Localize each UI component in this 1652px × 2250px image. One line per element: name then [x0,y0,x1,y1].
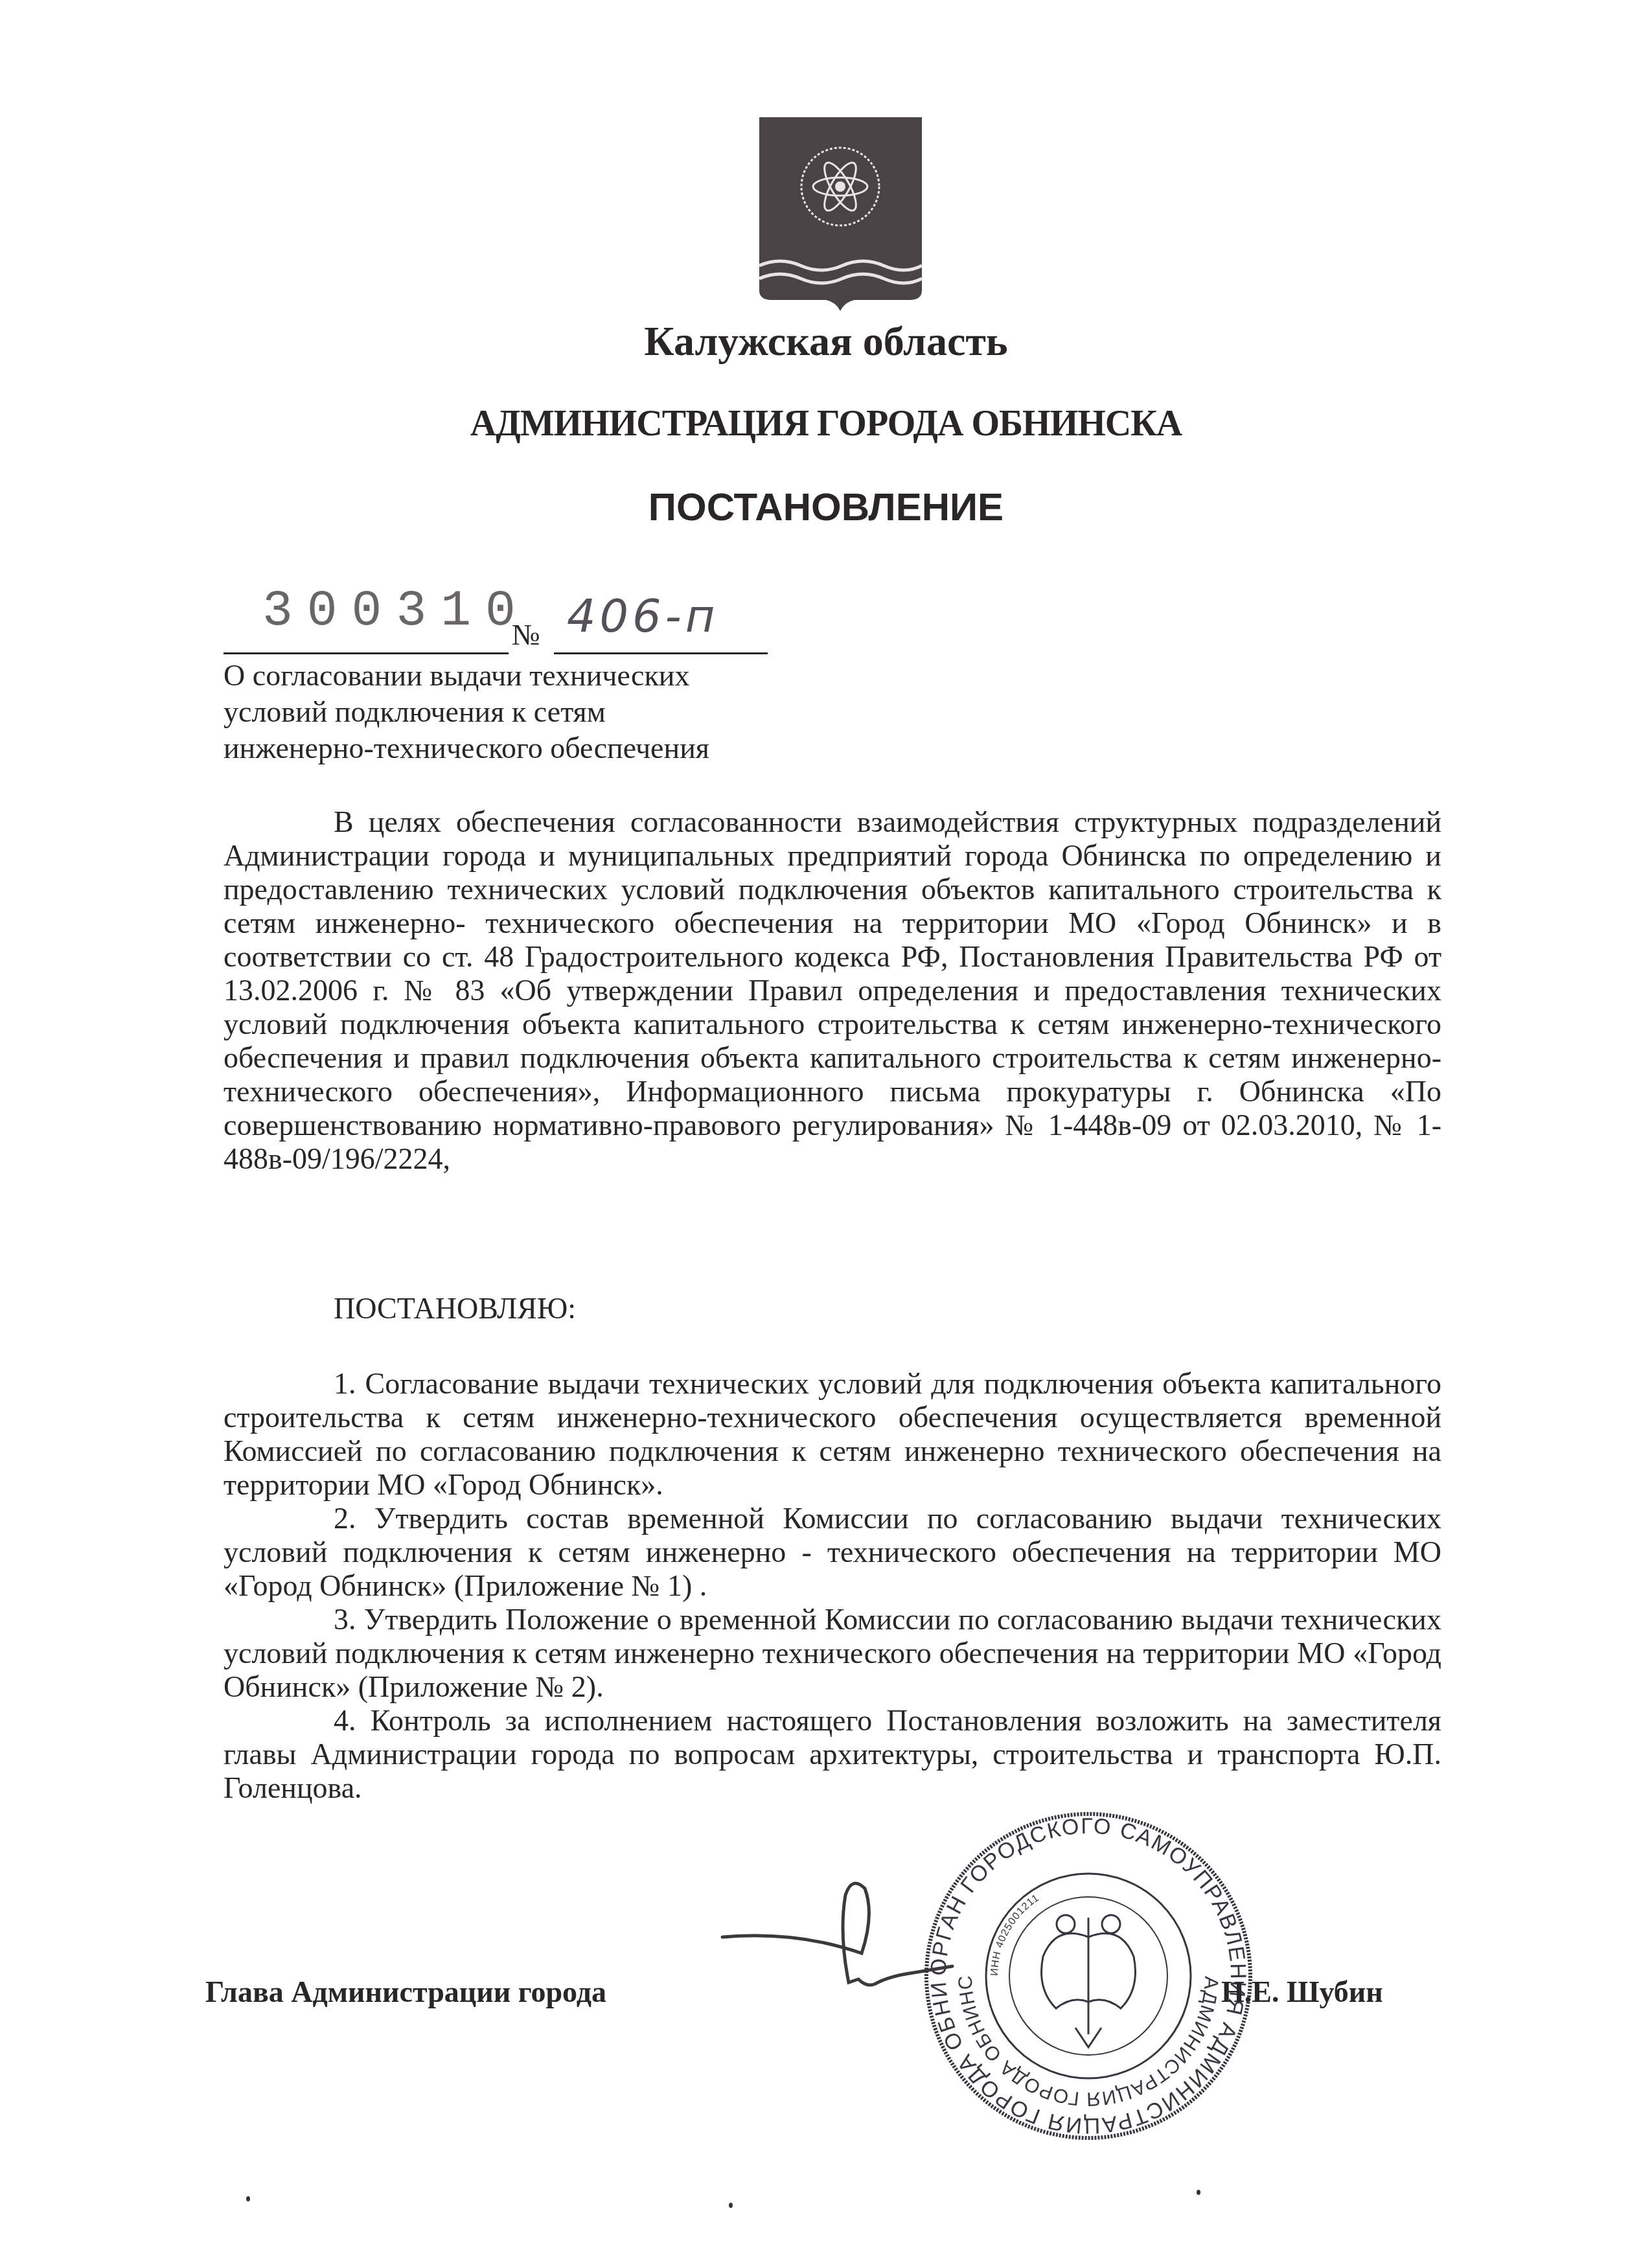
scan-speck [246,2196,250,2201]
region-heading: Калужская область [0,317,1652,365]
authority-heading: АДМИНИСТРАЦИЯ ГОРОДА ОБНИНСКА [0,403,1652,444]
resolution-item: 3. Утвердить Положение о временной Комис… [224,1603,1441,1704]
number-underline [554,652,768,654]
date-underline [224,652,509,654]
document-subject: О согласовании выдачи технических услови… [224,658,709,766]
subject-line: О согласовании выдачи технических [224,658,709,694]
resolution-item: 2. Утвердить состав временной Комиссии п… [224,1502,1441,1603]
document-type-heading: ПОСТАНОВЛЕНИЕ [0,485,1652,529]
signatory-name: Н.Е. Шубин [1221,1975,1383,2009]
resolution-item: 1. Согласование выдачи технических услов… [224,1367,1441,1502]
subject-line: инженерно-технического обеспечения [224,730,709,766]
number-sign: № [512,617,540,652]
scan-speck [729,2203,733,2208]
resolution-item: 4. Контроль за исполнением настоящего По… [224,1704,1441,1805]
date-stamp: 300310 [262,583,530,640]
document-number: 406-п [567,590,719,643]
obninsk-coat-of-arms-icon [757,115,924,313]
scan-speck [1197,2190,1200,2195]
preamble-paragraph: В целях обеспечения согласованности взаи… [224,805,1441,1176]
registration-line: 300310 № 406-п [224,583,755,654]
official-seal-icon: ОРГАН ГОРОДСКОГО САМОУПРАВЛЕНИЯ АДМИНИСТ… [920,1808,1257,2144]
resolution-items: 1. Согласование выдачи технических услов… [224,1367,1441,1805]
signatory-title: Глава Администрации города [205,1975,606,2009]
subject-line: условий подключения к сетям [224,694,709,730]
resolve-heading: ПОСТАНОВЛЯЮ: [334,1291,576,1326]
double-headed-eagle-icon [1042,1915,1136,2047]
